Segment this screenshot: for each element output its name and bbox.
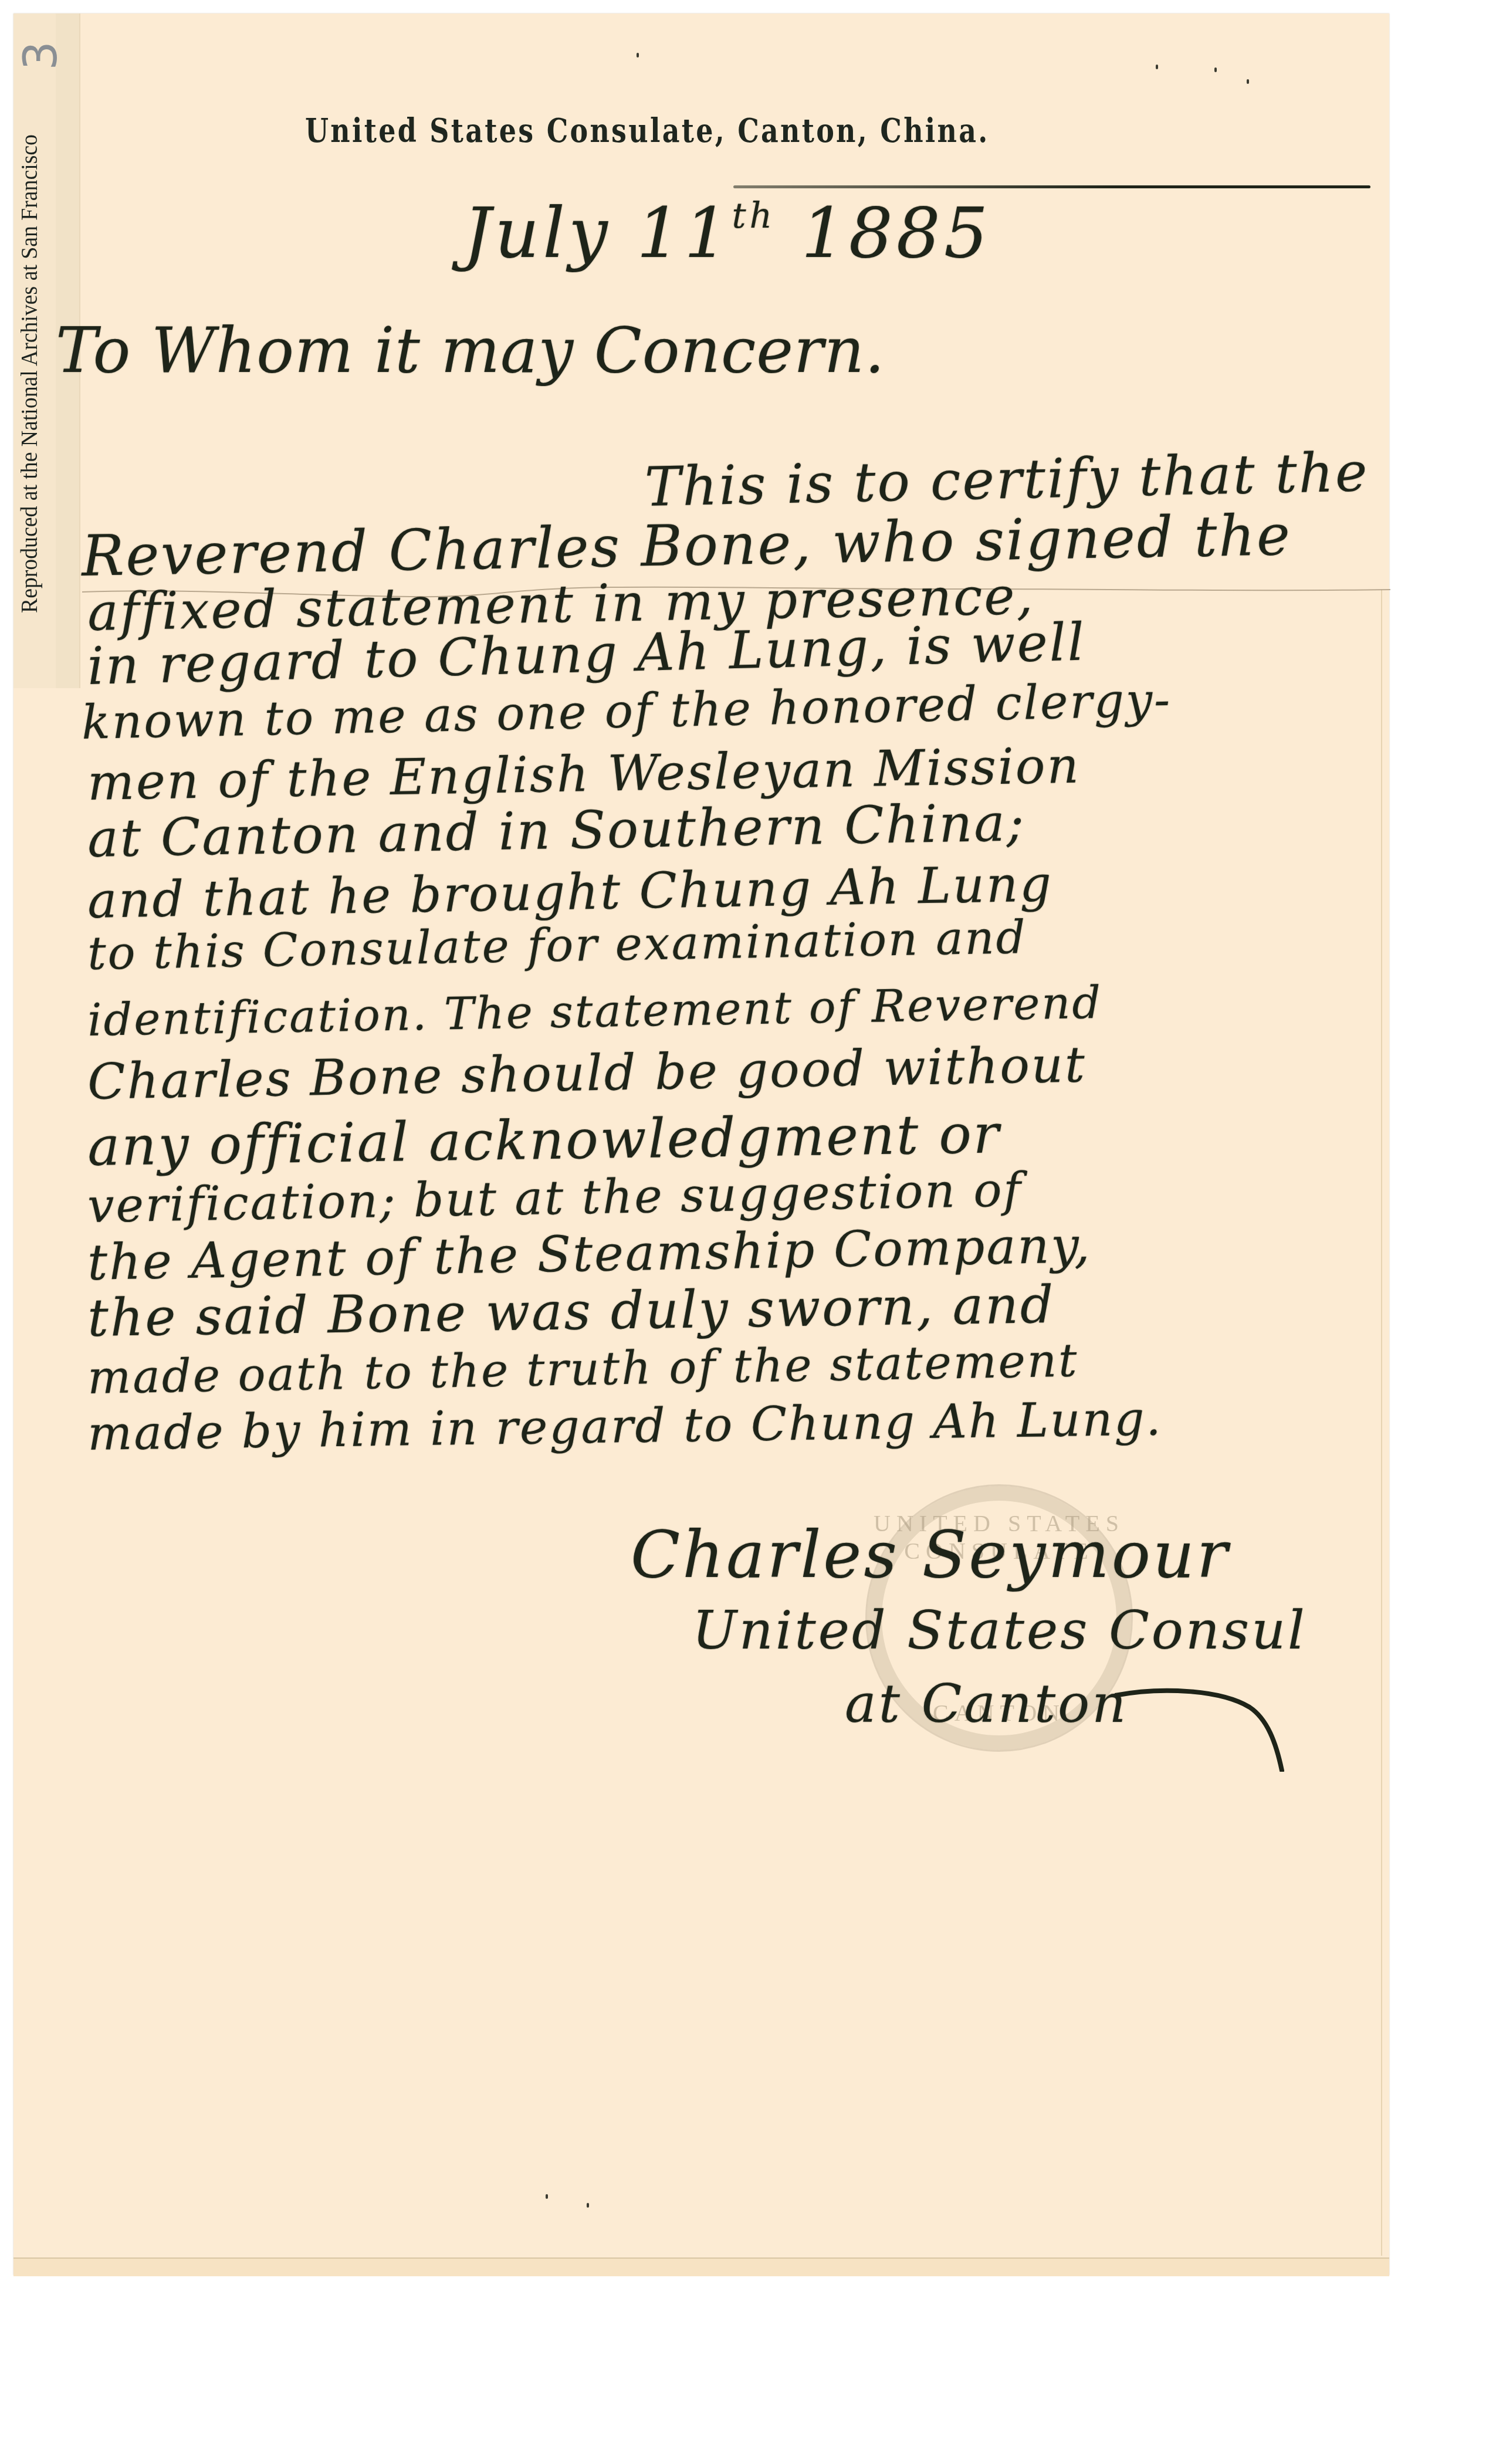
date-year: 1885 xyxy=(801,192,991,273)
body-line: at Canton and in Southern China; xyxy=(87,797,1026,865)
paper-speck xyxy=(1156,65,1158,69)
body-line: made by him in regard to Chung Ah Lung. xyxy=(87,1395,1163,1457)
date-rule-line xyxy=(733,185,1370,188)
date-ordinal: th xyxy=(732,195,776,236)
body-line: the said Bone was duly sworn, and xyxy=(87,1279,1055,1344)
paper-speck xyxy=(1214,67,1217,72)
paper-fold-band xyxy=(13,2257,1389,2276)
body-line: any official acknowledgment or xyxy=(87,1107,1001,1174)
archive-reproduction-label: Reproduced at the National Archives at S… xyxy=(12,79,46,613)
signature-place: at Canton xyxy=(845,1678,1128,1731)
signature-name: Charles Seymour xyxy=(631,1522,1230,1587)
paper-speck xyxy=(587,2203,589,2208)
date-day: 11 xyxy=(637,192,732,273)
salutation: To Whom it may Concern. xyxy=(56,320,885,382)
paper-right-edge xyxy=(1381,590,1382,2256)
letterhead: United States Consulate, Canton, China. xyxy=(305,111,950,150)
archive-reproduction-text: Reproduced at the National Archives at S… xyxy=(12,134,46,613)
paper-speck xyxy=(1247,79,1249,84)
paper-speck xyxy=(546,2194,548,2199)
signature-title: United States Consul xyxy=(692,1605,1307,1657)
date-month: July xyxy=(463,192,611,273)
pencil-page-number: 3 xyxy=(15,41,67,70)
paper-speck xyxy=(637,53,639,57)
letter-date: July 11th 1885 xyxy=(463,198,991,268)
